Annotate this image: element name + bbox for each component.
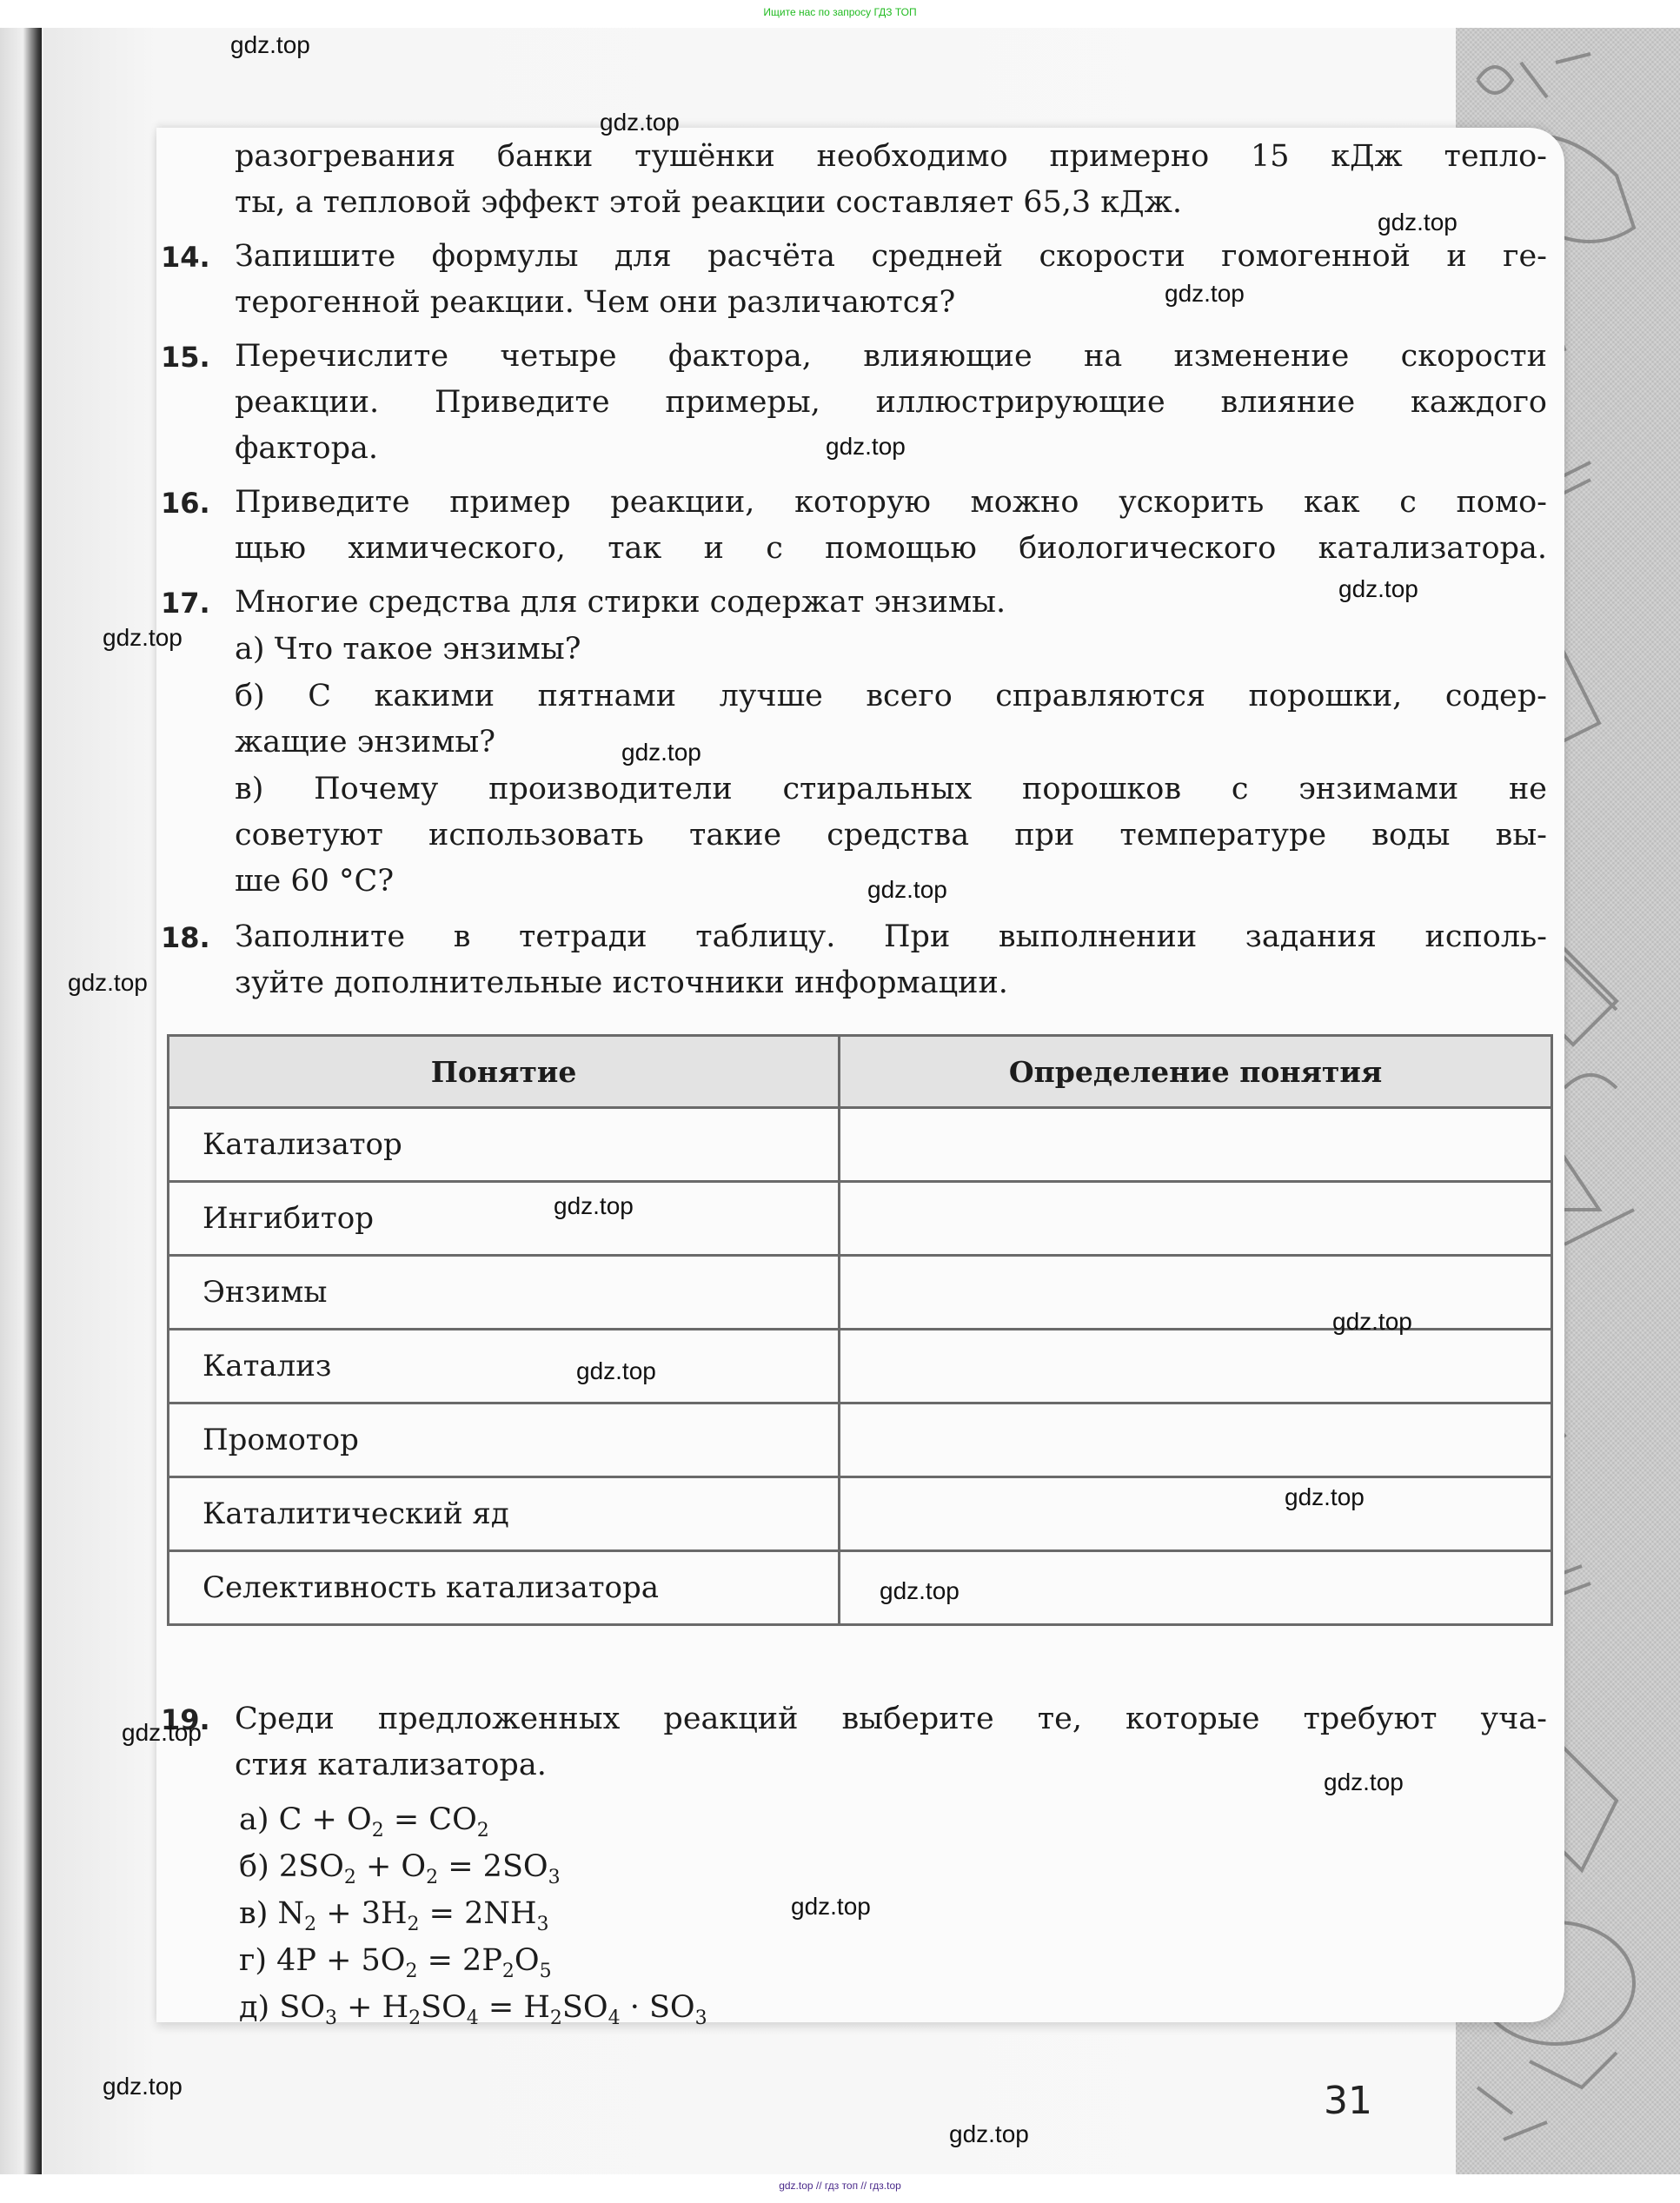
definition-cell <box>840 1256 1552 1330</box>
question-number: 17. <box>161 587 210 620</box>
watermark: gdz.top <box>1285 1483 1365 1511</box>
concept-cell: Энзимы <box>169 1256 840 1330</box>
watermark: gdz.top <box>103 2073 183 2100</box>
watermark: gdz.top <box>1338 575 1418 603</box>
watermark: gdz.top <box>1324 1768 1404 1796</box>
reaction-label: в) <box>239 1896 278 1931</box>
reaction-label: а) <box>239 1802 279 1837</box>
watermark: gdz.top <box>1165 280 1245 308</box>
reaction-item: д) SO3 + H2SO4 = H2SO4 · SO3 <box>239 1990 1551 2025</box>
watermark: gdz.top <box>122 1719 202 1747</box>
question-16-text: щью химического, так и с помощью биологи… <box>235 531 1547 566</box>
concept-cell: Катализ <box>169 1330 840 1403</box>
definition-cell <box>840 1330 1552 1403</box>
page-number: 31 <box>1324 2079 1372 2123</box>
watermark: gdz.top <box>1332 1308 1412 1336</box>
top-banner[interactable]: Ищите нас по запросу ГДЗ ТОП <box>0 0 1680 28</box>
reaction-item: а) C + O2 = CO2 <box>239 1802 1551 1837</box>
intro-line: разогревания банки тушёнки необходимо пр… <box>235 139 1547 174</box>
table-header-concept: Понятие <box>169 1036 840 1108</box>
watermark: gdz.top <box>867 876 947 904</box>
reaction-equation: N2 + 3H2 = 2NH3 <box>278 1896 549 1931</box>
definition-cell <box>840 1403 1552 1477</box>
reaction-label: г) <box>239 1943 276 1978</box>
reaction-item: б) 2SO2 + O2 = 2SO3 <box>239 1849 1551 1884</box>
book-spine <box>0 28 42 2174</box>
reaction-item: г) 4P + 5O2 = 2P2O5 <box>239 1943 1551 1978</box>
watermark: gdz.top <box>880 1577 960 1605</box>
watermark: gdz.top <box>621 739 701 766</box>
watermark: gdz.top <box>600 109 680 136</box>
bottom-banner[interactable]: gdz.top // гдз топ // гдз.top <box>0 2174 1680 2203</box>
question-18-text: зуйте дополнительные источники информаци… <box>235 965 1547 1000</box>
watermark: gdz.top <box>68 969 148 997</box>
reaction-equation: 4P + 5O2 = 2P2O5 <box>276 1943 551 1978</box>
watermark: gdz.top <box>826 433 906 461</box>
definition-cell <box>840 1108 1552 1182</box>
concept-cell: Каталитический яд <box>169 1477 840 1551</box>
question-number: 18. <box>161 921 210 954</box>
table-row: Ингибитор <box>169 1182 1552 1256</box>
reaction-equation: SO3 + H2SO4 = H2SO4 · SO3 <box>279 1990 707 2025</box>
concept-cell: Катализатор <box>169 1108 840 1182</box>
question-number: 14. <box>161 241 210 274</box>
concept-cell: Ингибитор <box>169 1182 840 1256</box>
question-17a: а) Что такое энзимы? <box>235 632 1547 667</box>
question-17c: советуют использовать такие средства при… <box>235 818 1547 853</box>
reaction-label: б) <box>239 1849 279 1884</box>
table-header-definition: Определение понятия <box>840 1036 1552 1108</box>
definition-cell <box>840 1477 1552 1551</box>
question-number: 16. <box>161 487 210 520</box>
table-row: Катализ <box>169 1330 1552 1403</box>
watermark: gdz.top <box>791 1893 871 1921</box>
question-18-text: Заполните в тетради таблицу. При выполне… <box>235 919 1547 954</box>
table-row: Селективность катализатора <box>169 1551 1552 1625</box>
definition-cell <box>840 1182 1552 1256</box>
question-number: 15. <box>161 341 210 374</box>
watermark: gdz.top <box>576 1357 656 1385</box>
reaction-equation: C + O2 = CO2 <box>279 1802 489 1837</box>
concept-cell: Селективность катализатора <box>169 1551 840 1625</box>
question-14-text: Запишите формулы для расчёта средней ско… <box>235 239 1547 274</box>
reaction-equation: 2SO2 + O2 = 2SO3 <box>279 1849 561 1884</box>
reaction-label: д) <box>239 1990 279 2025</box>
watermark: gdz.top <box>103 624 183 652</box>
reaction-item: в) N2 + 3H2 = 2NH3 <box>239 1896 1551 1931</box>
question-15-text: Перечислите четыре фактора, влияющие на … <box>235 339 1547 374</box>
table-row: Катализатор <box>169 1108 1552 1182</box>
question-17b: б) С какими пятнами лучше всего справляю… <box>235 679 1547 713</box>
question-16-text: Приведите пример реакции, которую можно … <box>235 485 1547 520</box>
concept-cell: Промотор <box>169 1403 840 1477</box>
question-14-text: терогенной реакции. Чем они различаются? <box>235 285 1547 320</box>
intro-line: ты, а тепловой эффект этой реакции соста… <box>235 185 1547 220</box>
table-row: Промотор <box>169 1403 1552 1477</box>
watermark: gdz.top <box>949 2120 1029 2148</box>
question-17c: в) Почему производители стиральных порош… <box>235 772 1547 806</box>
watermark: gdz.top <box>1378 209 1458 236</box>
watermark: gdz.top <box>230 31 310 59</box>
watermark: gdz.top <box>554 1192 634 1220</box>
question-17b: жащие энзимы? <box>235 725 1547 760</box>
question-15-text: реакции. Приведите примеры, иллюстрирующ… <box>235 385 1547 420</box>
question-19-text: Среди предложенных реакций выберите те, … <box>235 1702 1547 1736</box>
